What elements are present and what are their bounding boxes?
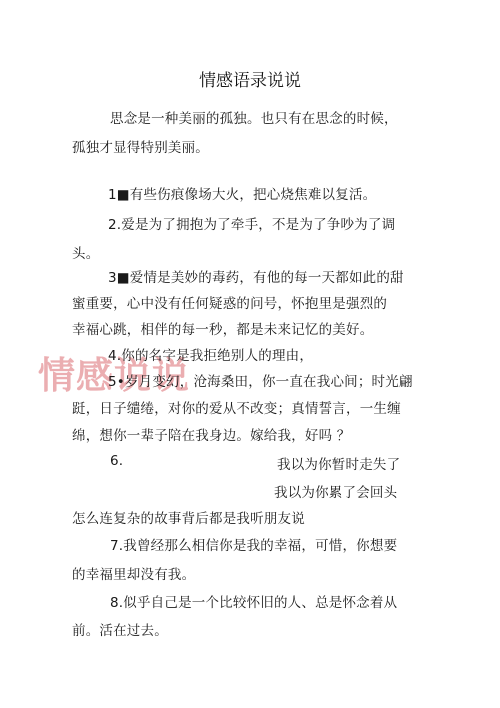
document-page: 情感语录说说 情感说说 思念是一种美丽的孤独。也只有在思念的时候， 孤独才显得特…: [0, 0, 500, 708]
quote-5: 5•岁月变幻，沧海桑田，你一直在我心间；时光翩: [108, 370, 413, 390]
quote-6-number: 6.: [110, 453, 123, 469]
quote-5-cont: 跹，日子缱绻，对你的爱从不改变；真情誓言，一生缠: [72, 397, 401, 417]
quote-3-cont: 蜜重要，心中没有任何疑惑的问号，怀抱里是强烈的: [72, 292, 387, 312]
quote-6-cont: 怎么连复杂的故事背后都是我听朋友说: [72, 507, 305, 527]
quote-2-cont: 头。: [72, 242, 99, 262]
quote-4: 4.你的名字是我拒绝别人的理由，: [108, 344, 313, 364]
quote-1: 1■有些伤痕像场大火，把心烧焦难以复活。: [108, 183, 376, 203]
quote-8-cont: 前。活在过去。: [72, 619, 168, 639]
quote-6: 我以为你暂时走失了: [277, 453, 400, 473]
quote-3-cont: 幸福心跳，相伴的每一秒，都是未来记忆的美好。: [72, 318, 373, 338]
quote-7: 7.我曾经那么相信你是我的幸福，可惜，你想要: [110, 534, 397, 554]
quote-2: 2.爱是为了拥抱为了牵手，不是为了争吵为了调: [108, 213, 395, 233]
quote-7-cont: 的幸福里却没有我。: [72, 563, 195, 583]
quote-8: 8.似乎自己是一个比较怀旧的人、总是怀念着从: [110, 591, 397, 611]
paragraph-line: 思念是一种美丽的孤独。也只有在思念的时候，: [110, 107, 398, 127]
quote-5-cont: 绵，想你一辈子陪在我身边。嫁给我，好吗 ？: [72, 424, 351, 444]
paragraph-line: 孤独才显得特别美丽。: [72, 136, 209, 156]
quote-6-cont: 我以为你累了会回头: [274, 481, 397, 501]
page-title: 情感语录说说: [0, 66, 500, 91]
quote-3: 3■爱情是美妙的毒药，有他的每一天都如此的甜: [108, 266, 404, 286]
